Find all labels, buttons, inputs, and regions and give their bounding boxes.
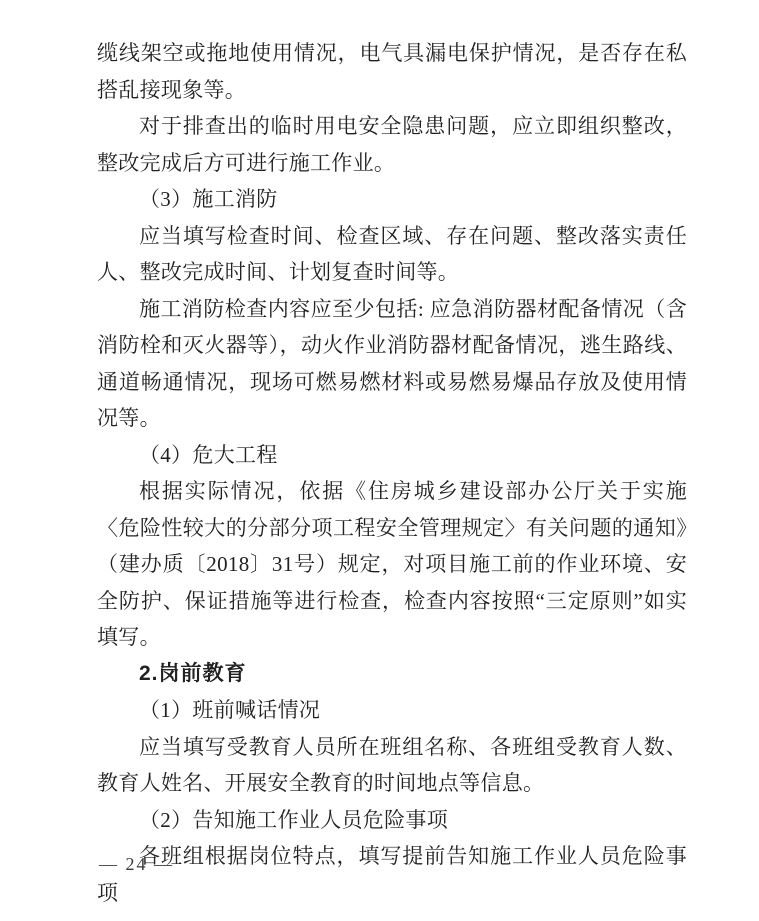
subsection-label-2-hazard-notification: （2）告知施工作业人员危险事项 [97,802,687,839]
paragraph: 根据实际情况，依据《住房城乡建设部办公厅关于实施〈危险性较大的分部分项工程安全管… [97,473,687,656]
subsection-label-3-construction-fire: （3）施工消防 [97,181,687,218]
document-page: 缆线架空或拖地使用情况，电气具漏电保护情况，是否存在私搭乱接现象等。 对于排查出… [0,0,759,921]
subsection-label-4-dangerous-works: （4）危大工程 [97,437,687,474]
page-body-text: 缆线架空或拖地使用情况，电气具漏电保护情况，是否存在私搭乱接现象等。 对于排查出… [97,35,687,911]
paragraph: 应当填写受教育人员所在班组名称、各班组受教育人数、教育人姓名、开展安全教育的时间… [97,729,687,802]
paragraph: 施工消防检查内容应至少包括: 应急消防器材配备情况（含消防栓和灭火器等），动火作… [97,291,687,437]
paragraph: 应当填写检查时间、检查区域、存在问题、整改落实责任人、整改完成时间、计划复查时间… [97,218,687,291]
paragraph-continuation: 缆线架空或拖地使用情况，电气具漏电保护情况，是否存在私搭乱接现象等。 [97,35,687,108]
paragraph: 各班组根据岗位特点，填写提前告知施工作业人员危险事项 [97,838,687,911]
section-heading-pre-job-education: 2.岗前教育 [97,656,687,693]
paragraph: 对于排查出的临时用电安全隐患问题，应立即组织整改，整改完成后方可进行施工作业。 [97,108,687,181]
page-number: — 24 — [99,852,174,876]
subsection-label-1-pre-shift-talk: （1）班前喊话情况 [97,692,687,729]
